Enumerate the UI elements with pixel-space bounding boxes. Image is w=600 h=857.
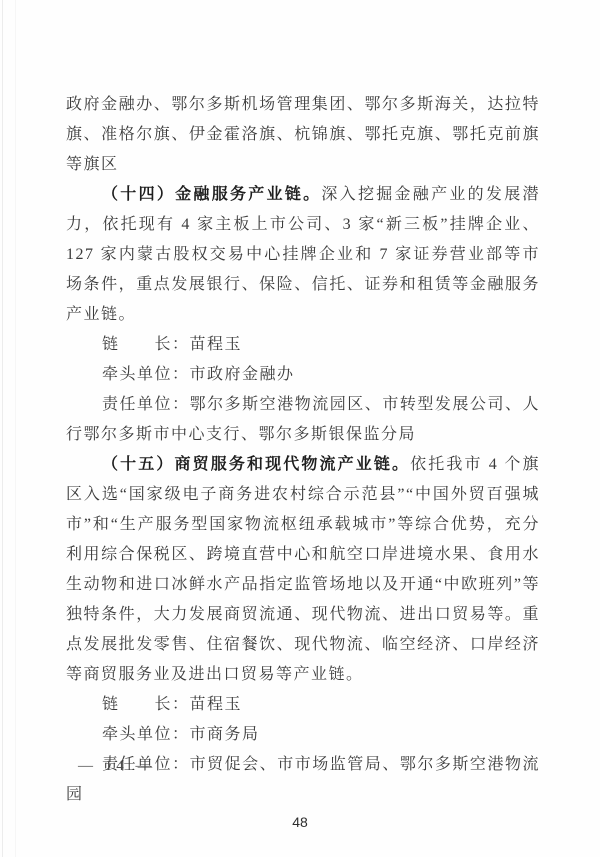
- paragraph: 牵头单位：市政府金融办: [66, 360, 540, 390]
- paragraph: 政府金融办、鄂尔多斯机场管理集团、鄂尔多斯海关，达拉特旗、准格尔旗、伊金霍洛旗、…: [66, 90, 540, 180]
- text-run: 深入挖掘金融产业的发展潜力，依托现有 4 家主板上市公司、3 家“新三板”挂牌企…: [66, 186, 540, 323]
- text-run: 牵头单位：市商务局: [102, 726, 260, 743]
- text-run: 链 长：苗程玉: [102, 696, 242, 713]
- section-heading-run: （十四）金融服务产业链。: [102, 186, 321, 203]
- document-page: 政府金融办、鄂尔多斯机场管理集团、鄂尔多斯海关，达拉特旗、准格尔旗、伊金霍洛旗、…: [0, 0, 600, 857]
- scan-edge-artifact-outer: [2, 0, 3, 857]
- document-body: 政府金融办、鄂尔多斯机场管理集团、鄂尔多斯海关，达拉特旗、准格尔旗、伊金霍洛旗、…: [66, 90, 540, 810]
- text-run: 依托我市 4 个旗区入选“国家级电子商务进农村综合示范县”“中国外贸百强城市”和…: [66, 456, 540, 683]
- paragraph: 链 长：苗程玉: [66, 330, 540, 360]
- paragraph: 责任单位：鄂尔多斯空港物流园区、市转型发展公司、人行鄂尔多斯市中心支行、鄂尔多斯…: [66, 390, 540, 450]
- document-footer-page-number: — 14 —: [78, 758, 155, 775]
- text-run: 政府金融办、鄂尔多斯机场管理集团、鄂尔多斯海关，达拉特旗、准格尔旗、伊金霍洛旗、…: [66, 96, 540, 173]
- pdf-viewer-page-number: 48: [0, 814, 600, 830]
- text-run: 责任单位：鄂尔多斯空港物流园区、市转型发展公司、人行鄂尔多斯市中心支行、鄂尔多斯…: [66, 396, 540, 443]
- paragraph: 链 长：苗程玉: [66, 690, 540, 720]
- paragraph: （十四）金融服务产业链。深入挖掘金融产业的发展潜力，依托现有 4 家主板上市公司…: [66, 180, 540, 330]
- paragraph: 牵头单位：市商务局: [66, 720, 540, 750]
- text-run: 链 长：苗程玉: [102, 336, 242, 353]
- paragraph: （十五）商贸服务和现代物流产业链。依托我市 4 个旗区入选“国家级电子商务进农村…: [66, 450, 540, 690]
- section-heading-run: （十五）商贸服务和现代物流产业链。: [102, 456, 410, 473]
- scan-edge-artifact-inner: [15, 0, 16, 857]
- text-run: 牵头单位：市政府金融办: [102, 366, 295, 383]
